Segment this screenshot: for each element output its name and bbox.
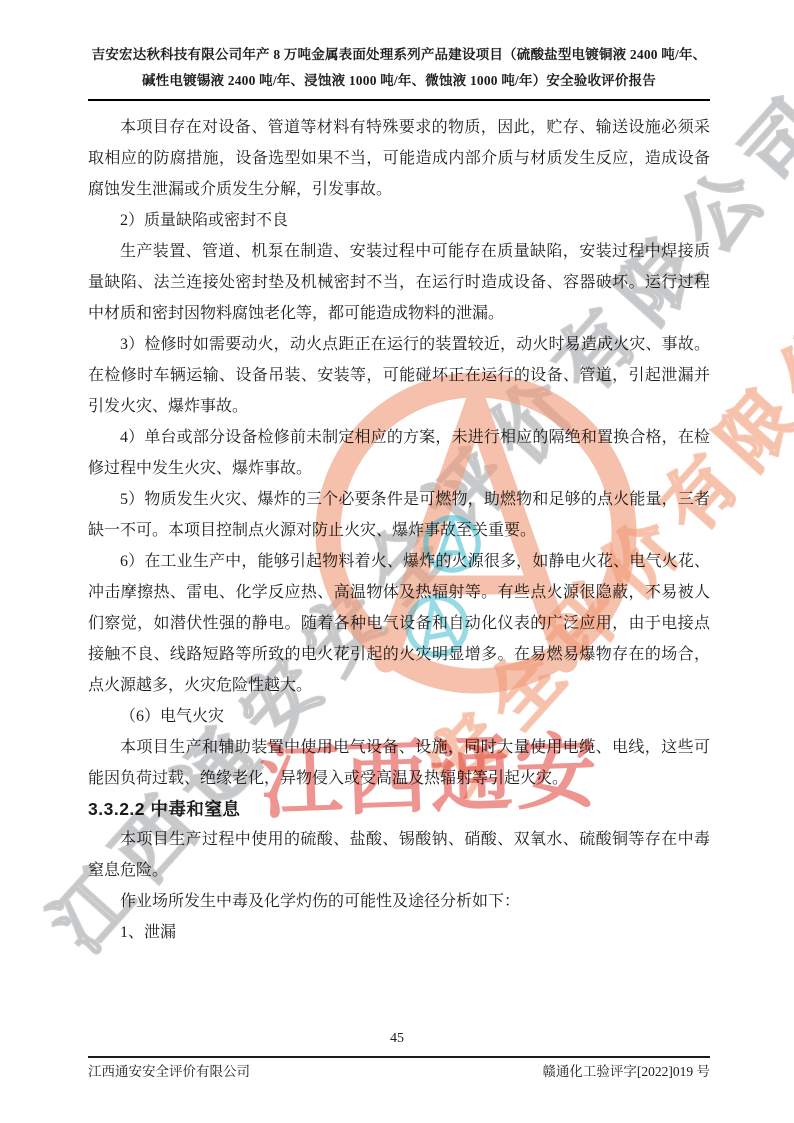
body-paragraph-3: 生产装置、管道、机泵在制造、安装过程中可能存在质量缺陷，安装过程中焊接质量缺陷、… — [88, 236, 710, 329]
page-header: 吉安宏达秋科技有限公司年产 8 万吨金属表面处理系列产品建设项目（硫酸盐型电镀铜… — [88, 42, 710, 101]
page-content: 吉安宏达秋科技有限公司年产 8 万吨金属表面处理系列产品建设项目（硫酸盐型电镀铜… — [88, 42, 710, 948]
section-heading: 3.3.2.2 中毒和窒息 — [88, 794, 710, 824]
body-paragraph-9: 本项目生产和辅助装置中使用电气设备、设施，同时大量使用电缆、电线，这些可能因负荷… — [88, 732, 710, 794]
body-paragraph-7: 6）在工业生产中，能够引起物料着火、爆炸的火源很多，如静电火花、电气火花、冲击摩… — [88, 546, 710, 701]
body-paragraph-10: 本项目生产过程中使用的硫酸、盐酸、锡酸钠、硝酸、双氧水、硫酸铜等存在中毒窒息危险… — [88, 824, 710, 886]
body-paragraph-12: 1、泄漏 — [88, 917, 710, 948]
footer-doc-number: 赣通化工验评字[2022]019 号 — [542, 1063, 710, 1081]
body-paragraph-4: 3）检修时如需要动火，动火点距正在运行的装置较近，动火时易造成火灾、事故。在检修… — [88, 329, 710, 422]
report-title-line2: 碱性电镀锡液 2400 吨/年、浸蚀液 1000 吨/年、微蚀液 1000 吨/… — [88, 68, 710, 94]
body-paragraph-6: 5）物质发生火灾、爆炸的三个必要条件是可燃物，助燃物和足够的点火能量，三者缺一不… — [88, 484, 710, 546]
report-title-line1: 吉安宏达秋科技有限公司年产 8 万吨金属表面处理系列产品建设项目（硫酸盐型电镀铜… — [88, 42, 710, 68]
body-paragraph-2: 2）质量缺陷或密封不良 — [88, 205, 710, 236]
body-paragraph-11: 作业场所发生中毒及化学灼伤的可能性及途径分析如下： — [88, 886, 710, 917]
report-page: 吉安宏达秋科技有限公司年产 8 万吨金属表面处理系列产品建设项目（硫酸盐型电镀铜… — [0, 0, 794, 1123]
body-paragraph-8: （6）电气火灾 — [88, 701, 710, 732]
footer-company: 江西通安安全评价有限公司 — [88, 1063, 250, 1081]
page-footer: 江西通安安全评价有限公司 赣通化工验评字[2022]019 号 — [88, 1056, 710, 1081]
body-paragraph-1: 本项目存在对设备、管道等材料有特殊要求的物质，因此，贮存、输送设施必须采取相应的… — [88, 112, 710, 205]
document-body: 本项目存在对设备、管道等材料有特殊要求的物质，因此，贮存、输送设施必须采取相应的… — [88, 112, 710, 948]
page-number: 45 — [0, 1031, 794, 1047]
body-paragraph-5: 4）单台或部分设备检修前未制定相应的方案，未进行相应的隔绝和置换合格，在检修过程… — [88, 422, 710, 484]
